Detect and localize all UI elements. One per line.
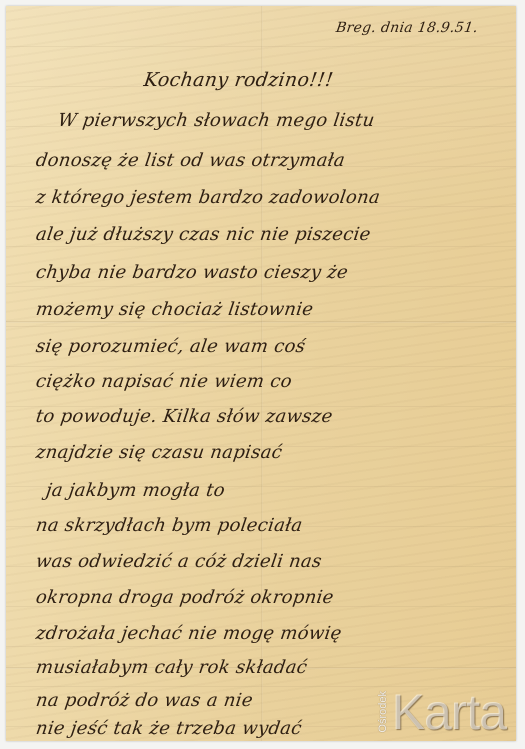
letter-salutation: Kochany rodzino!!! bbox=[142, 69, 334, 91]
letter-line: ja jakbym mogła to bbox=[45, 480, 227, 501]
letter-line: chyba nie bardzo wasto cieszy że bbox=[35, 262, 350, 283]
watermark-small-text: Ośrodek bbox=[377, 691, 389, 733]
letter-line: ciężko napisać nie wiem co bbox=[35, 371, 294, 392]
archive-watermark: Ośrodek Karta bbox=[377, 687, 506, 737]
letter-line: ale już dłuższy czas nic nie piszecie bbox=[35, 224, 373, 245]
letter-line: W pierwszych słowach mego listu bbox=[57, 110, 377, 131]
watermark-logo-text: Karta bbox=[391, 687, 506, 737]
letter-date: Breg. dnia 18.9.51. bbox=[335, 20, 479, 36]
letter-page: Breg. dnia 18.9.51. Kochany rodzino!!! W… bbox=[6, 6, 516, 741]
letter-line: na podróż do was a nie bbox=[35, 690, 255, 711]
letter-line: na skrzydłach bym poleciała bbox=[35, 515, 304, 536]
letter-line: znajdzie się czasu napisać bbox=[35, 442, 284, 463]
letter-line: was odwiedzić a cóż dzieli nas bbox=[35, 551, 324, 572]
letter-line: możemy się chociaż listownie bbox=[35, 299, 315, 320]
letter-line: się porozumieć, ale wam coś bbox=[35, 336, 307, 357]
letter-line: zdrożała jechać nie mogę mówię bbox=[35, 623, 344, 644]
letter-line: nie jeść tak że trzeba wydać bbox=[35, 718, 304, 739]
letter-line: to powoduje. Kilka słów zawsze bbox=[35, 406, 334, 427]
letter-line: musiałabym cały rok składać bbox=[35, 657, 309, 678]
letter-line: okropna droga podróż okropnie bbox=[35, 587, 336, 608]
letter-line: donoszę że list od was otrzymała bbox=[35, 150, 347, 171]
letter-line: z którego jestem bardzo zadowolona bbox=[35, 187, 382, 208]
